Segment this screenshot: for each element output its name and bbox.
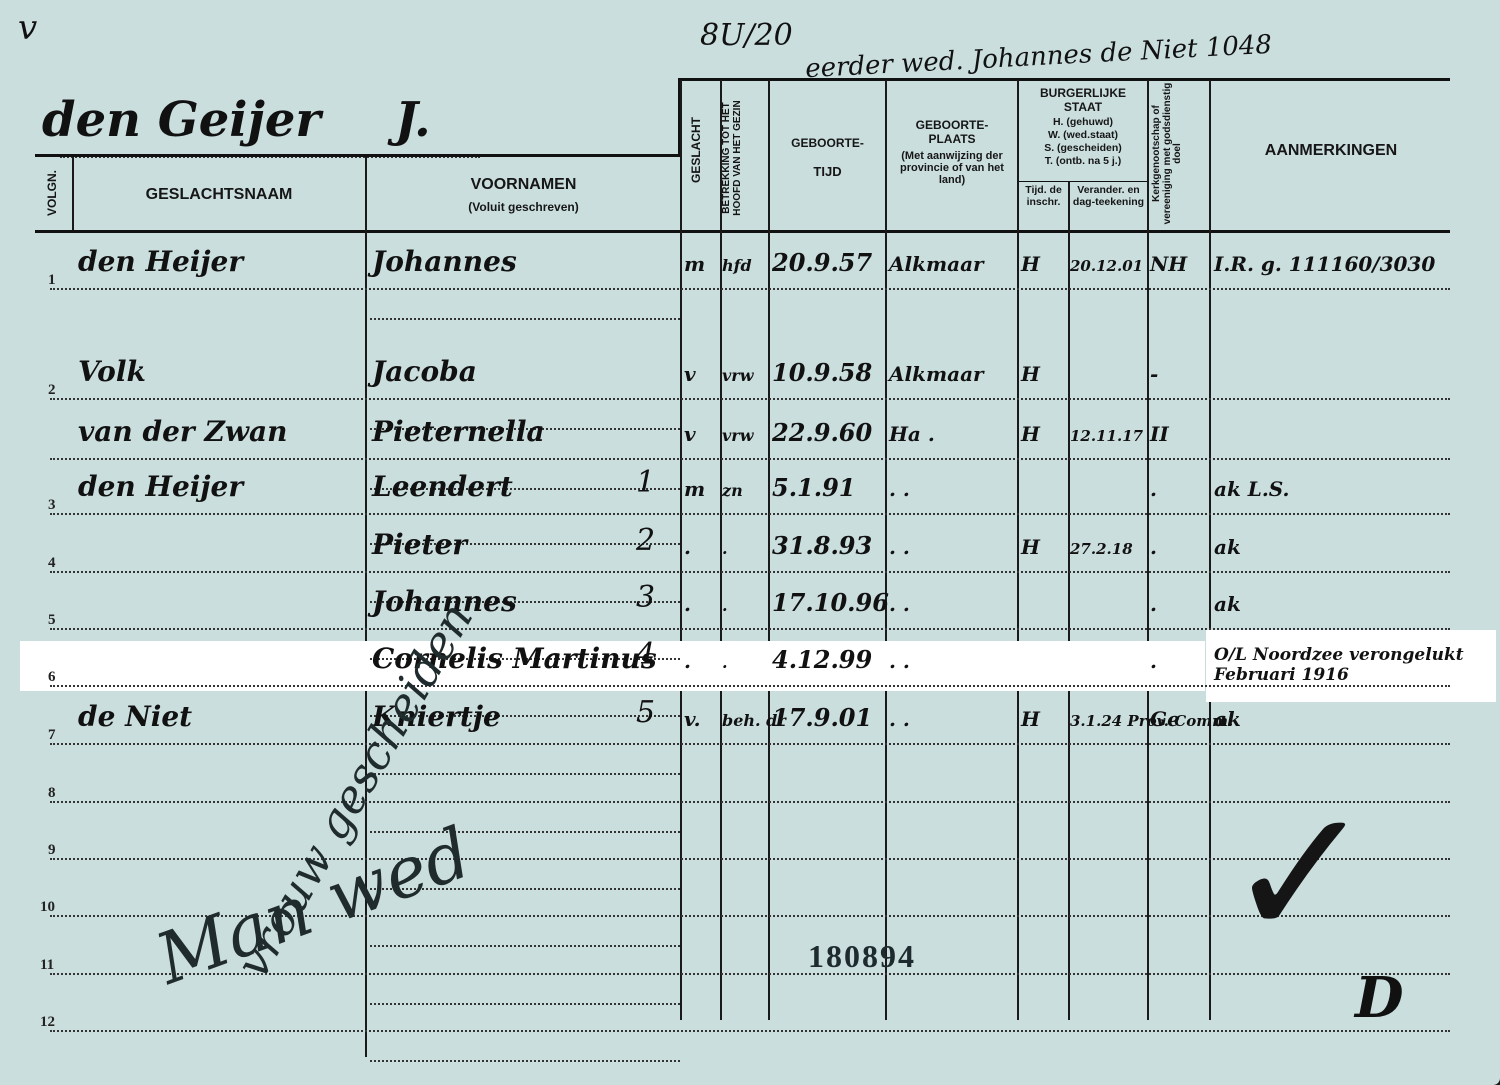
cell-given: Pieternella bbox=[372, 415, 545, 448]
cell-sex: m bbox=[684, 252, 705, 276]
cell-remarks: ak bbox=[1214, 707, 1241, 731]
top-annotation-text: eerder wed. Johannes de Niet 1048 bbox=[805, 30, 1273, 84]
child-ordinal: 2 bbox=[636, 523, 655, 558]
col-tijd-inschr: Tijd. de inschr. bbox=[1019, 184, 1068, 208]
cell-change: 3.1.24 Prov. Comm. bbox=[1070, 712, 1147, 730]
cell-remarks: ak bbox=[1214, 592, 1241, 616]
col-burgerlijke-staat-2: STAAT bbox=[1019, 100, 1147, 114]
cell-given: Jacoba bbox=[372, 355, 477, 388]
cell-birth-place: . . bbox=[889, 707, 910, 731]
col-geboorteplaats-sub: (Met aanwijzing der provincie of van het… bbox=[892, 150, 1012, 186]
row-number: 10 bbox=[40, 899, 55, 916]
cell-church: II bbox=[1150, 422, 1169, 446]
row-number: 2 bbox=[48, 382, 56, 399]
row-number: 6 bbox=[48, 669, 56, 686]
row-number: 12 bbox=[40, 1014, 55, 1031]
col-betrekking: BETREKKING TOT HET HOOFD VAN HET GEZIN bbox=[722, 88, 743, 228]
cell-remarks: ak bbox=[1214, 535, 1241, 559]
card-number: 180894 bbox=[808, 938, 916, 975]
cell-change: 27.2.18 bbox=[1070, 540, 1133, 558]
cell-surname: de Niet bbox=[78, 700, 192, 733]
cell-surname: den Heijer bbox=[78, 245, 243, 278]
cell-church: Ge bbox=[1150, 707, 1180, 731]
cell-birth-date: 5.1.91 bbox=[772, 473, 856, 502]
col-kerkgenootschap: Kerkgenootschap of vereeniging met godsd… bbox=[1152, 81, 1184, 226]
col-geboorteplaats-2: PLAATS bbox=[887, 132, 1017, 146]
row-number: 4 bbox=[48, 555, 56, 572]
cell-church: . bbox=[1150, 592, 1157, 616]
cell-sex: . bbox=[684, 535, 691, 559]
cell-given: Leendert bbox=[372, 470, 513, 503]
cell-civil-status: H bbox=[1021, 362, 1040, 386]
cell-birth-place: Alkmaar bbox=[889, 252, 984, 276]
card-heading-name: den Geijer bbox=[42, 92, 321, 148]
cell-birth-place: . . bbox=[889, 649, 910, 673]
cell-sex: v bbox=[684, 422, 696, 446]
cell-change: 12.11.17 bbox=[1070, 427, 1143, 445]
col-volgnummer: VOLGN. bbox=[46, 158, 59, 228]
cell-civil-status: H bbox=[1021, 422, 1040, 446]
cell-birth-place: . . bbox=[889, 477, 910, 501]
cell-relation: beh. dr bbox=[722, 711, 768, 730]
cell-surname: van der Zwan bbox=[78, 415, 287, 448]
cell-birth-date: 17.9.01 bbox=[772, 703, 872, 732]
cell-relation: hfd bbox=[722, 256, 752, 275]
cell-sex: . bbox=[684, 649, 691, 673]
col-geboortetijd-2: TIJD bbox=[770, 164, 885, 179]
cell-surname: Volk bbox=[78, 355, 146, 388]
cell-remarks: O/L Noordzee verongelukt Februari 1916 bbox=[1214, 645, 1484, 686]
col-burgerlijke-staat-1: BURGERLIJKE bbox=[1019, 86, 1147, 100]
row-number: 9 bbox=[48, 842, 56, 859]
col-geslachtsnaam: GESLACHTSNAAM bbox=[74, 186, 364, 204]
top-annotation-code: 8U/20 bbox=[700, 18, 793, 53]
row-number: 7 bbox=[48, 727, 56, 744]
row-number: 1 bbox=[48, 272, 56, 289]
col-geboorteplaats-1: GEBOORTE- bbox=[887, 118, 1017, 132]
cell-relation: . bbox=[722, 596, 728, 615]
cell-given: Johannes bbox=[372, 245, 517, 278]
cell-birth-place: Ha . bbox=[889, 422, 935, 446]
row-number: 5 bbox=[48, 612, 56, 629]
col-verander: Verander. en dag-teekening bbox=[1070, 184, 1147, 208]
cell-birth-date: 31.8.93 bbox=[772, 531, 872, 560]
col-geslacht: GESLACHT bbox=[690, 90, 703, 210]
cell-relation: vrw bbox=[722, 426, 754, 445]
child-ordinal: 3 bbox=[636, 580, 655, 615]
cell-birth-date: 4.12.99 bbox=[772, 645, 872, 674]
cell-civil-status: H bbox=[1021, 707, 1040, 731]
cell-church: NH bbox=[1150, 252, 1187, 276]
cell-birth-date: 22.9.60 bbox=[772, 418, 872, 447]
col-voornamen: VOORNAMEN bbox=[367, 176, 680, 194]
cell-birth-place: Alkmaar bbox=[889, 362, 984, 386]
cell-remarks: ak L.S. bbox=[1214, 477, 1290, 501]
bottom-initial: D bbox=[1355, 965, 1404, 1031]
cell-church: . bbox=[1150, 649, 1157, 673]
child-ordinal: 5 bbox=[636, 695, 655, 730]
row-number: 8 bbox=[48, 785, 56, 802]
row-number: 3 bbox=[48, 497, 56, 514]
cell-birth-date: 17.10.96 bbox=[772, 588, 884, 617]
cell-birth-place: . . bbox=[889, 535, 910, 559]
cell-surname: den Heijer bbox=[78, 470, 243, 503]
col-geboortetijd-1: GEBOORTE- bbox=[770, 136, 885, 150]
cell-sex: v. bbox=[684, 707, 701, 731]
cell-church: - bbox=[1150, 362, 1158, 386]
cell-church: . bbox=[1150, 535, 1157, 559]
corner-mark: v bbox=[18, 8, 37, 48]
cell-relation: . bbox=[722, 539, 728, 558]
burgerlijke-staat-legend: H. (gehuwd) W. (wed.staat) S. (gescheide… bbox=[1019, 116, 1147, 169]
cell-birth-date: 10.9.58 bbox=[772, 358, 872, 387]
child-ordinal: 1 bbox=[636, 465, 655, 500]
checkmark-icon: ✓ bbox=[1225, 770, 1376, 979]
cell-relation: . bbox=[722, 653, 728, 672]
population-register-card: v den Geijer J. 8U/20 eerder wed. Johann… bbox=[0, 0, 1500, 1085]
cell-sex: . bbox=[684, 592, 691, 616]
cell-birth-date: 20.9.57 bbox=[772, 248, 872, 277]
cell-sex: m bbox=[684, 477, 705, 501]
col-aanmerkingen: AANMERKINGEN bbox=[1211, 142, 1451, 160]
cell-remarks: I.R. g. 111160/3030 bbox=[1214, 252, 1435, 276]
col-voornamen-sub: (Voluit geschreven) bbox=[367, 200, 680, 214]
row-number: 11 bbox=[40, 957, 54, 974]
cell-relation: vrw bbox=[722, 366, 754, 385]
cell-church: . bbox=[1150, 477, 1157, 501]
child-ordinal: 4 bbox=[636, 637, 655, 672]
cell-sex: v bbox=[684, 362, 696, 386]
cell-civil-status: H bbox=[1021, 535, 1040, 559]
cell-change: 20.12.01 bbox=[1070, 257, 1143, 275]
card-heading-initial: J. bbox=[395, 92, 431, 148]
cell-relation: zn bbox=[722, 481, 743, 500]
cell-civil-status: H bbox=[1021, 252, 1040, 276]
cell-given: Pieter bbox=[372, 528, 467, 561]
cell-birth-place: . . bbox=[889, 592, 910, 616]
